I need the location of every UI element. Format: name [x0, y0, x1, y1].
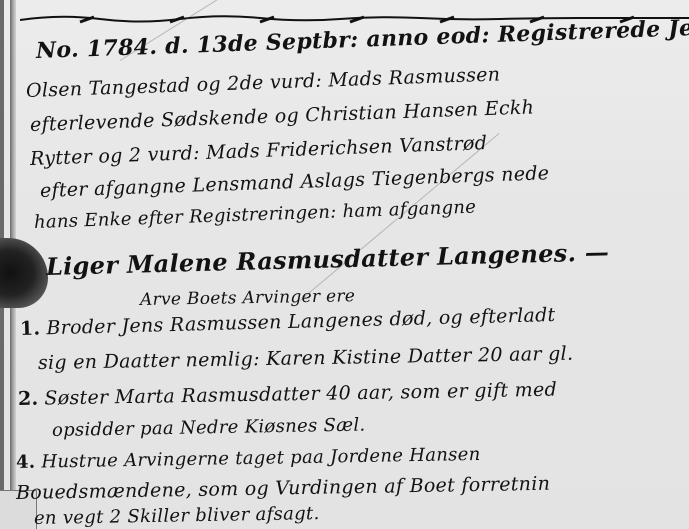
heirs-heading: Arve Boets Arvinger ere — [140, 286, 356, 310]
text-line: opsidder paa Nedre Kiøsnes Sæl. — [52, 415, 366, 441]
text-line: Olsen Tangestad og 2de vurd: Mads Rasmus… — [26, 63, 501, 102]
text-line: sig en Daatter nemlig: Karen Kistine Dat… — [38, 343, 574, 374]
item-number: 2. — [18, 388, 39, 410]
text-line: en vegt 2 Skiller bliver afsagt. — [34, 503, 320, 529]
thumb-shadow — [0, 238, 48, 308]
text-line: hans Enke efter Registreringen: ham afga… — [34, 197, 477, 233]
deceased-name-line: Liger Malene Rasmusdatter Langenes. — — [46, 237, 610, 281]
item-number: 1. — [20, 317, 41, 340]
text-line: Bouedsmændene, som og Vurdingen af Boet … — [16, 473, 551, 504]
manuscript-page: No. 1784. d. 13de Septbr: anno eod: Regi… — [0, 0, 689, 529]
item-text: Hustrue Arvingerne taget paa Jordene Han… — [41, 444, 481, 473]
text-line: Rytter og 2 vurd: Mads Friderichsen Vans… — [30, 132, 488, 170]
heir-item-4: 4.Hustrue Arvingerne taget paa Jordene H… — [16, 444, 481, 473]
heir-item-2: 2.Søster Marta Rasmusdatter 40 aar, som … — [18, 379, 557, 410]
item-text: Søster Marta Rasmusdatter 40 aar, som er… — [44, 379, 557, 410]
item-number: 4. — [16, 452, 36, 473]
heir-item-1: 1.Broder Jens Rasmussen Langenes død, og… — [20, 304, 556, 340]
text-line: efterlevende Sødskende og Christian Hans… — [30, 96, 535, 136]
item-text: Broder Jens Rasmussen Langenes død, og e… — [46, 304, 556, 339]
